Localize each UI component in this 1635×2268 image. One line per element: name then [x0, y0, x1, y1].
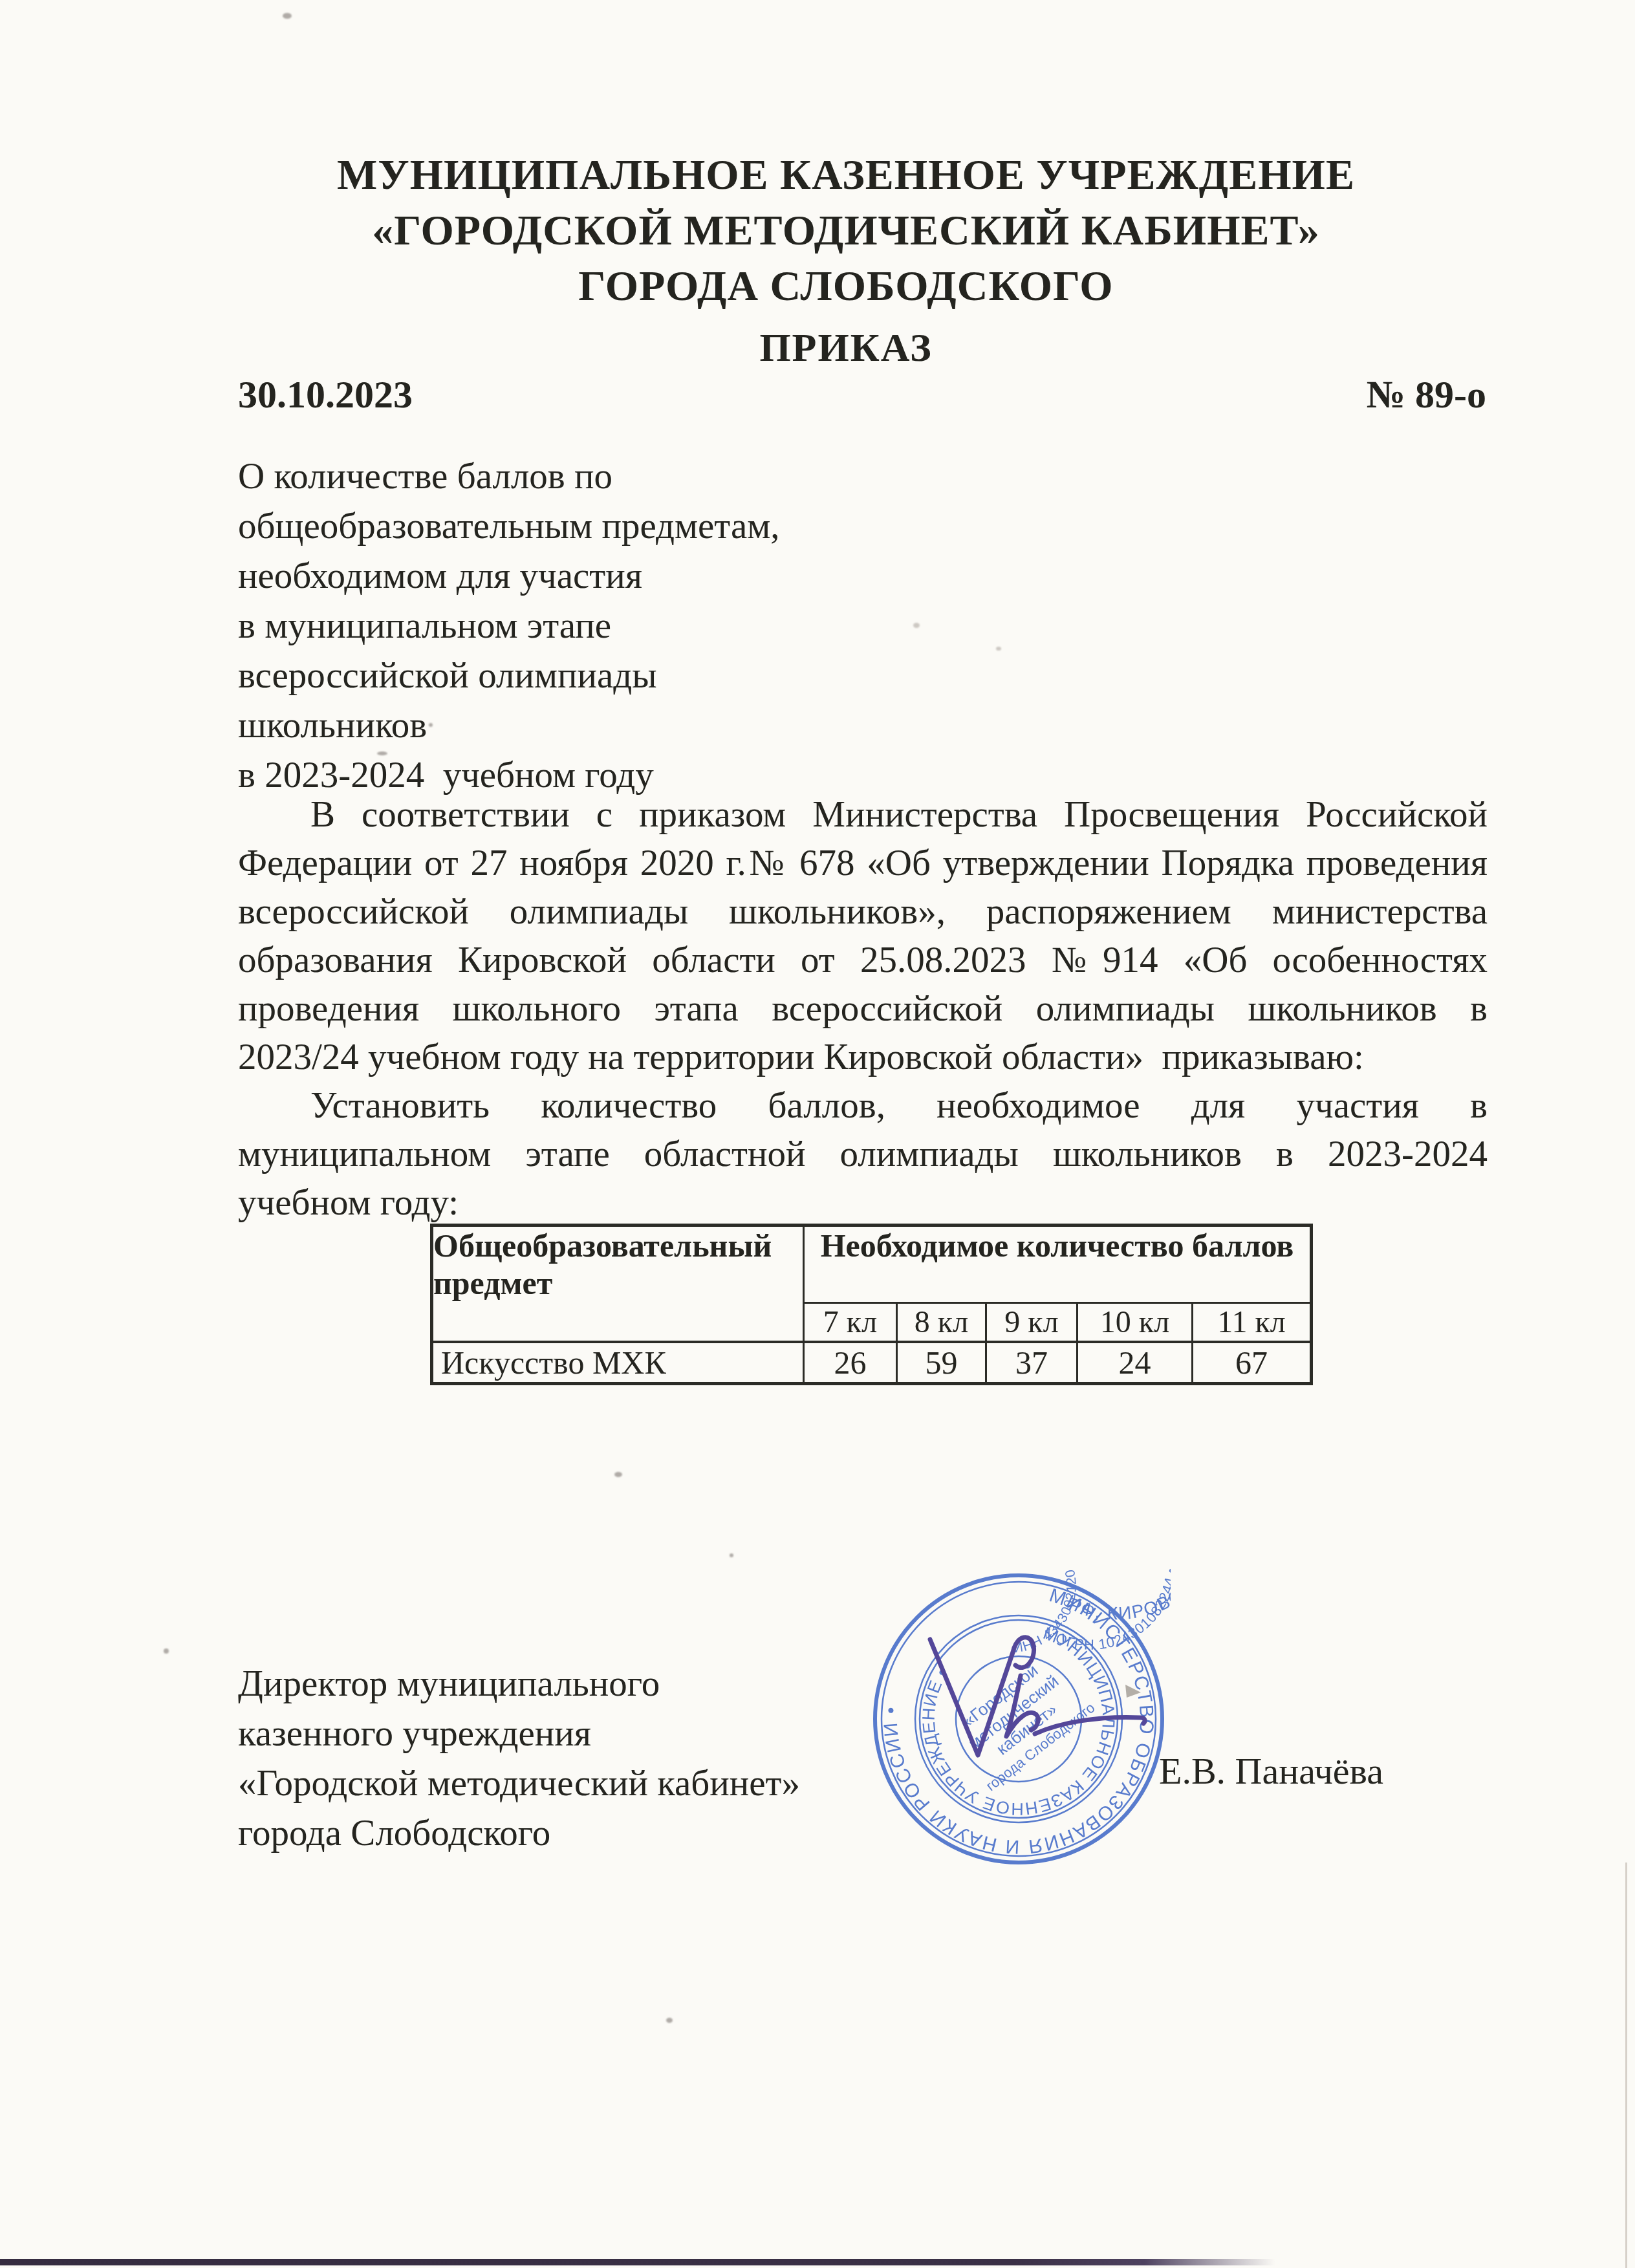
paragraph-line: В соответствии с приказом Министерства П…: [238, 790, 1488, 839]
official-stamp: МИНИСТЕРСТВО ОБРАЗОВАНИЯ И НАУКИ РОССИИ …: [867, 1567, 1171, 1871]
body-text: В соответствии с приказом Министерства П…: [238, 790, 1488, 1227]
column-header-required-points: Необходимое количество баллов: [804, 1226, 1312, 1303]
org-line-1: МУНИЦИПАЛЬНОЕ КАЗЕННОЕ УЧРЕЖДЕНИЕ: [238, 147, 1454, 203]
paragraph-line: муниципальном этапе областной олимпиады …: [238, 1130, 1488, 1178]
cell-score-11: 67: [1193, 1342, 1312, 1384]
subject-line: в муниципальном этапе: [238, 601, 794, 651]
scan-speck: [666, 2018, 673, 2023]
scan-speck: [377, 751, 387, 755]
scan-speck: [429, 723, 433, 727]
org-line-2: «ГОРОДСКОЙ МЕТОДИЧЕСКИЙ КАБИНЕТ»: [238, 203, 1454, 259]
paragraph-line: проведения школьного этапа всероссийской…: [238, 984, 1488, 1033]
column-header-grade9: 9 кл: [986, 1303, 1077, 1343]
scan-edge-line: [1625, 1863, 1627, 2268]
paragraph-line: всероссийской олимпиады школьников», рас…: [238, 887, 1488, 936]
table-header-row: Общеобразовательный предмет Необходимое …: [432, 1226, 1312, 1303]
signature-line: города Слободского: [238, 1808, 800, 1858]
column-header-grade11: 11 кл: [1193, 1303, 1312, 1343]
column-header-grade8: 8 кл: [897, 1303, 986, 1343]
signature-line: Директор муниципального: [238, 1659, 800, 1709]
paragraph-line: Федерации от 27 ноября 2020 г.№ 678 «Об …: [238, 839, 1488, 887]
column-header-grade7: 7 кл: [804, 1303, 897, 1343]
scanned-order-page: МУНИЦИПАЛЬНОЕ КАЗЕННОЕ УЧРЕЖДЕНИЕ «ГОРОД…: [0, 0, 1635, 2268]
column-header-subject: Общеобразовательный предмет: [432, 1226, 804, 1343]
signature-line: «Городской методический кабинет»: [238, 1758, 800, 1808]
doc-date: 30.10.2023: [238, 373, 413, 417]
doc-type-title: ПРИКАЗ: [238, 325, 1454, 371]
paragraph-line: образования Кировской области от 25.08.2…: [238, 936, 1488, 984]
scan-speck: [283, 13, 292, 19]
signature-line: казенного учреждения: [238, 1709, 800, 1758]
signature-block: Директор муниципального казенного учрежд…: [238, 1659, 800, 1858]
scan-speck: [164, 1648, 169, 1654]
org-line-3: ГОРОДА СЛОБОДСКОГО: [238, 259, 1454, 314]
scan-speck: [614, 1472, 622, 1477]
scan-speck: [730, 1553, 733, 1557]
cell-score-8: 59: [897, 1342, 986, 1384]
date-number-row: 30.10.2023 № 89-о: [238, 373, 1486, 417]
doc-number: № 89-о: [1367, 373, 1486, 417]
signatory-name: Е.В. Паначёва: [1159, 1749, 1383, 1793]
paragraph-line: учебном году:: [238, 1178, 1488, 1227]
cell-subject: Искусство МХК: [432, 1342, 804, 1384]
paragraph-line: Установить количество баллов, необходимо…: [238, 1081, 1488, 1130]
subject-line: необходимом для участия: [238, 551, 794, 601]
paragraph-line: 2023/24 учебном году на территории Киров…: [238, 1033, 1488, 1081]
subject-block: О количестве баллов по общеобразовательн…: [238, 451, 794, 800]
org-header: МУНИЦИПАЛЬНОЕ КАЗЕННОЕ УЧРЕЖДЕНИЕ «ГОРОД…: [238, 147, 1454, 314]
cell-score-7: 26: [804, 1342, 897, 1384]
scores-table: Общеобразовательный предмет Необходимое …: [430, 1224, 1313, 1385]
column-header-grade10: 10 кл: [1077, 1303, 1193, 1343]
subject-line: всероссийской олимпиады школьников: [238, 651, 794, 750]
subject-line: О количестве баллов по: [238, 451, 794, 501]
cell-score-10: 24: [1077, 1342, 1193, 1384]
subject-line: общеобразовательным предметам,: [238, 501, 794, 551]
cell-score-9: 37: [986, 1342, 1077, 1384]
scan-bottom-edge: [0, 2259, 1635, 2265]
table-row: Искусство МХК 26 59 37 24 67: [432, 1342, 1312, 1384]
scan-speck: [913, 623, 920, 628]
scan-speck: [996, 647, 1001, 651]
